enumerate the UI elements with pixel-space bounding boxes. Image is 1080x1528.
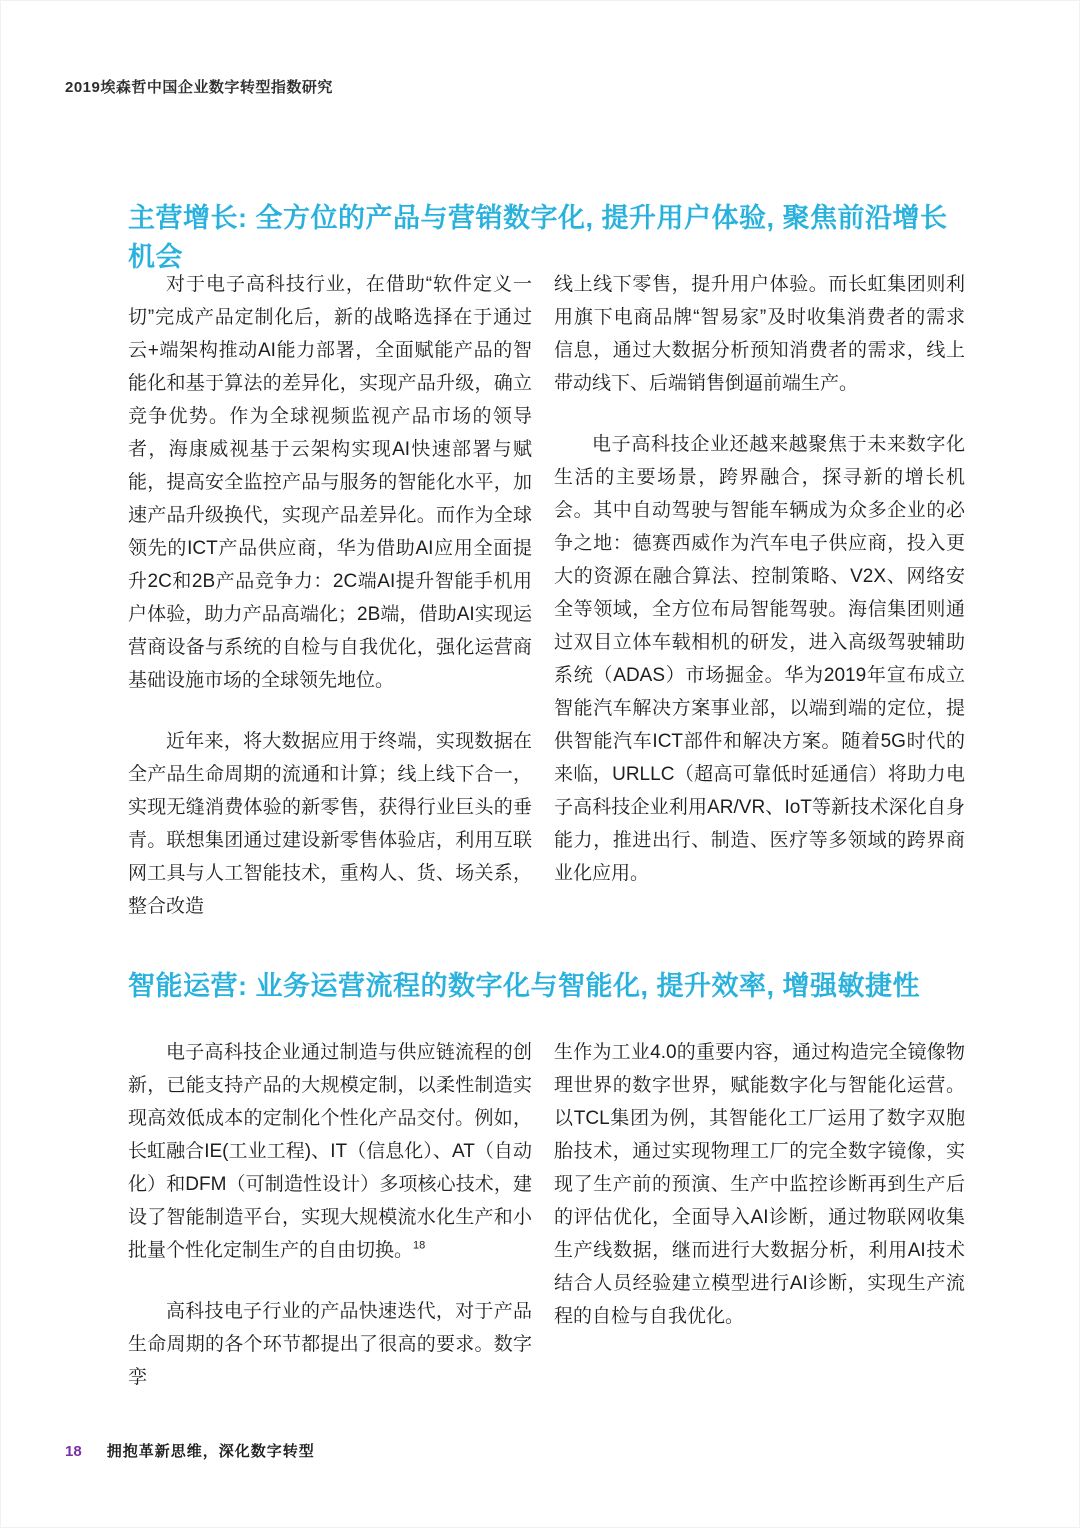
section-growth-right-column: 线上线下零售，提升用户体验。而长虹集团则利用旗下电商品牌“智易家”及时收集消费者… bbox=[554, 268, 965, 923]
document-page: 2019埃森哲中国企业数字转型指数研究 主营增长: 全方位的产品与营销数字化, … bbox=[0, 0, 1080, 1528]
paragraph: 对于电子高科技行业，在借助“软件定义一切”完成产品定制化后，新的战略选择在于通过… bbox=[128, 268, 532, 697]
section-heading-growth: 主营增长: 全方位的产品与营销数字化, 提升用户体验, 聚焦前沿增长机会 bbox=[128, 196, 968, 274]
paragraph: 生作为工业4.0的重要内容，通过构造完全镜像物理世界的数字世界，赋能数字化与智能… bbox=[554, 1036, 965, 1333]
page-number: 18 bbox=[65, 1443, 82, 1460]
section-growth-columns: 对于电子高科技行业，在借助“软件定义一切”完成产品定制化后，新的战略选择在于通过… bbox=[128, 268, 965, 923]
paragraph-text: 电子高科技企业通过制造与供应链流程的创新，已能支持产品的大规模定制，以柔性制造实… bbox=[128, 1042, 532, 1261]
page-footer: 18 拥抱革新思维，深化数字转型 bbox=[65, 1440, 315, 1461]
report-title: 2019埃森哲中国企业数字转型指数研究 bbox=[65, 76, 333, 97]
paragraph: 近年来，将大数据应用于终端，实现数据在全产品生命周期的流通和计算；线上线下合一，… bbox=[128, 725, 532, 923]
section-operations-right-column: 生作为工业4.0的重要内容，通过构造完全镜像物理世界的数字世界，赋能数字化与智能… bbox=[554, 1036, 965, 1394]
section-operations-columns: 电子高科技企业通过制造与供应链流程的创新，已能支持产品的大规模定制，以柔性制造实… bbox=[128, 1036, 965, 1394]
section-growth-left-column: 对于电子高科技行业，在借助“软件定义一切”完成产品定制化后，新的战略选择在于通过… bbox=[128, 268, 532, 923]
paragraph: 电子高科技企业通过制造与供应链流程的创新，已能支持产品的大规模定制，以柔性制造实… bbox=[128, 1036, 532, 1267]
paragraph: 电子高科技企业还越来越聚焦于未来数字化生活的主要场景，跨界融合，探寻新的增长机会… bbox=[554, 428, 965, 890]
section-operations-left-column: 电子高科技企业通过制造与供应链流程的创新，已能支持产品的大规模定制，以柔性制造实… bbox=[128, 1036, 532, 1394]
paragraph: 高科技电子行业的产品快速迭代，对于产品生命周期的各个环节都提出了很高的要求。数字… bbox=[128, 1295, 532, 1394]
section-heading-operations: 智能运营: 业务运营流程的数字化与智能化, 提升效率, 增强敏捷性 bbox=[128, 964, 968, 1003]
paragraph: 线上线下零售，提升用户体验。而长虹集团则利用旗下电商品牌“智易家”及时收集消费者… bbox=[554, 268, 965, 400]
footnote-ref: 18 bbox=[413, 1240, 425, 1252]
footer-slogan: 拥抱革新思维，深化数字转型 bbox=[107, 1440, 315, 1461]
